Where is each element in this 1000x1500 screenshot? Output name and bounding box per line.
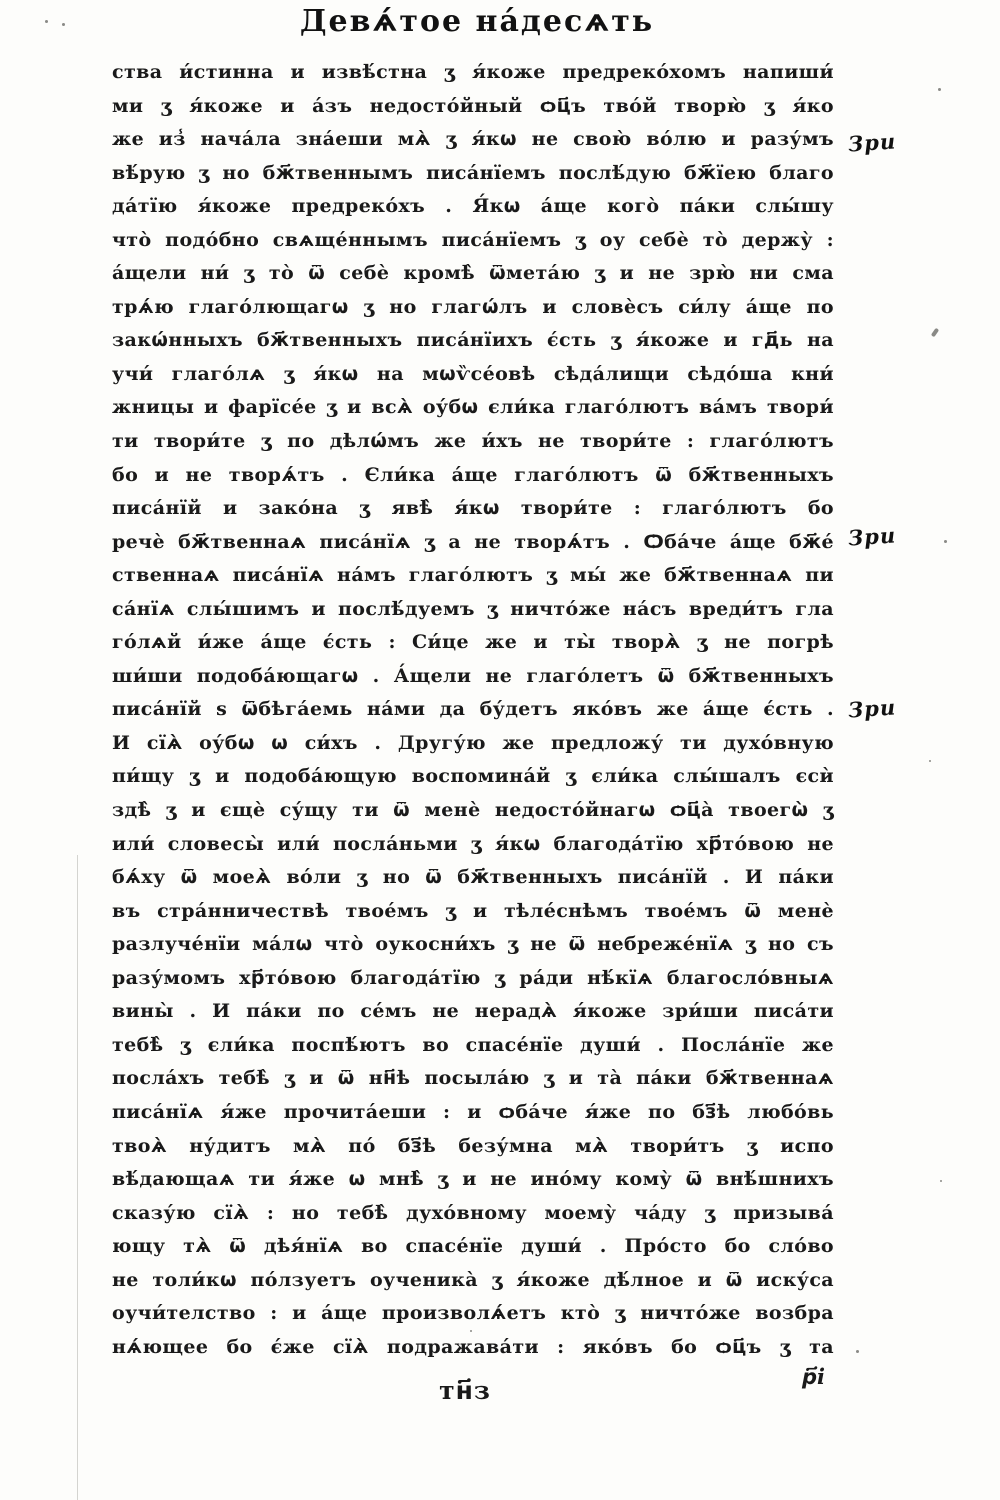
text-line: нѧ́ющее бо є́же сїѧ̀ подражава́ти : яко́… bbox=[112, 1331, 834, 1365]
text-line: оучи́телство : и а́ще произволѧ́етъ кто̀… bbox=[112, 1297, 834, 1331]
text-block: ства и́стинна и извѣ́стна ӡ я́коже предр… bbox=[112, 56, 834, 1364]
text-line: учи́ глаго́лѧ ӡ я́кѡ на мѡѷсе́овѣ сѣда́л… bbox=[112, 358, 834, 392]
text-line: ти твори́те ӡ по дѣлѡ́мъ же и́хъ не твор… bbox=[112, 425, 834, 459]
text-line: ющу тѧ̀ ѿ дѣя́нїѧ во спасе́нїе души́ . П… bbox=[112, 1230, 834, 1264]
text-line: писа́нїй ѕ ѿбѣга́емь на́ми да бу́детъ як… bbox=[112, 693, 834, 727]
text-line: же из̾ нача́ла зна́еши мѧ̀ ӡ я́кѡ не сво… bbox=[112, 123, 834, 157]
text-line: вины̀ . И па́ки по се́мъ не нерадѧ̀ я́ко… bbox=[112, 995, 834, 1029]
text-line: ства и́стинна и извѣ́стна ӡ я́коже предр… bbox=[112, 56, 834, 90]
text-line: не толи́кѡ по́лзуетъ оученика̀ ӡ я́коже … bbox=[112, 1264, 834, 1298]
text-line: посла́хъ тебѣ̀ ӡ и ѿ нн҃ѣ посыла́ю ӡ и т… bbox=[112, 1062, 834, 1096]
text-line: сказу́ю сїѧ̀ : но тебѣ̀ духо́вному моему… bbox=[112, 1197, 834, 1231]
text-line: ми ӡ я́коже и а́зъ недосто́йный ѻц҃ъ тво… bbox=[112, 90, 834, 124]
text-line: закѡ́нныхъ бж҃твенныхъ писа́нїихъ є́сть … bbox=[112, 324, 834, 358]
text-line: писа́нїѧ я́же прочита́еши : и ѻба́че я́ж… bbox=[112, 1096, 834, 1130]
text-line: что̀ подо́бно свѧще́ннымъ писа́нїемъ ӡ о… bbox=[112, 224, 834, 258]
text-line: жницы и фарїсе́е ӡ и всѧ̀ оу́бѡ єли́ка г… bbox=[112, 391, 834, 425]
text-line: писа́нїй и зако́на ӡ явѣ̀ я́кѡ твори́те … bbox=[112, 492, 834, 526]
text-line: речѐ бж҃твеннаѧ писа́нїѧ ӡ а не творѧ́тъ… bbox=[112, 526, 834, 560]
text-line: а́щели ни́ ӡ то̀ ѿ себѐ кромѣ̀ ѿмета́ю ӡ… bbox=[112, 257, 834, 291]
text-line: или́ словесы̀ или́ посла́ньми ӡ я́кѡ бла… bbox=[112, 828, 834, 862]
text-line: пи́щу ӡ и подоба́ющую воспомина́й ӡ єли́… bbox=[112, 760, 834, 794]
text-line: въ стра́нничествѣ твое́мъ ӡ и тѣле́снѣмъ… bbox=[112, 895, 834, 929]
margin-note-zri: Зри bbox=[847, 128, 897, 156]
margin-note-zri: Зри bbox=[847, 694, 897, 722]
text-line: са́нїѧ слы́шимъ и послѣ́дуемъ ӡ ничто́же… bbox=[112, 593, 834, 627]
text-line: вѣ́рую ӡ но бж҃твеннымъ писа́нїемъ послѣ… bbox=[112, 157, 834, 191]
text-line: твоѧ̀ ну́дитъ мѧ̀ по́ бз҃ѣ безу́мна мѧ̀ … bbox=[112, 1130, 834, 1164]
text-line: ственнаѧ писа́нїѧ на́мъ глаго́лютъ ӡ мы́… bbox=[112, 559, 834, 593]
text-line: тебѣ̀ ӡ єли́ка поспѣ́ютъ во спасе́нїе ду… bbox=[112, 1029, 834, 1063]
text-line: бѧ́ху ѿ моеѧ̀ во́ли ӡ но ѿ бж҃твенныхъ п… bbox=[112, 861, 834, 895]
folio-number: р҃і bbox=[802, 1364, 825, 1389]
text-line: да́тїю я́коже предреко́хъ . Я́кѡ а́ще ко… bbox=[112, 190, 834, 224]
margin-note-zri: Зри bbox=[847, 522, 897, 550]
scanned-page: Девѧ́тое на́десѧть ства и́стинна и извѣ́… bbox=[0, 0, 1000, 1500]
text-line: трѧ́ю глаго́лющагѡ ӡ но глагѡ́лъ и словѐ… bbox=[112, 291, 834, 325]
text-line: вѣ́дающаѧ ти я́же ѡ мнѣ̀ ӡ и не ино́му к… bbox=[112, 1163, 834, 1197]
text-line: ши́ши подоба́ющагѡ . А́щели не глаго́лет… bbox=[112, 660, 834, 694]
text-line: бо и не творѧ́тъ . Єли́ка а́ще глаго́лют… bbox=[112, 459, 834, 493]
text-line: И сїѧ̀ оу́бѡ ѡ си́хъ . Другу́ю же предло… bbox=[112, 727, 834, 761]
text-line: здѣ̀ ӡ и єщѐ су́щу ти ѿ менѐ недосто́йна… bbox=[112, 794, 834, 828]
chapter-title: Девѧ́тое на́десѧть bbox=[112, 4, 842, 39]
text-line: разлуче́нїи ма́лѡ что̀ оукосни́хъ ӡ не ѿ… bbox=[112, 928, 834, 962]
page-number-cyrillic: тн҃з bbox=[112, 1376, 818, 1405]
page-fold-line bbox=[77, 855, 78, 1500]
text-line: разу́момъ хр҃то́вою благода́тїю ӡ ра́ди … bbox=[112, 962, 834, 996]
text-line: го́лѧй и́же а́ще є́сть : Си́це же и ты̀ … bbox=[112, 626, 834, 660]
